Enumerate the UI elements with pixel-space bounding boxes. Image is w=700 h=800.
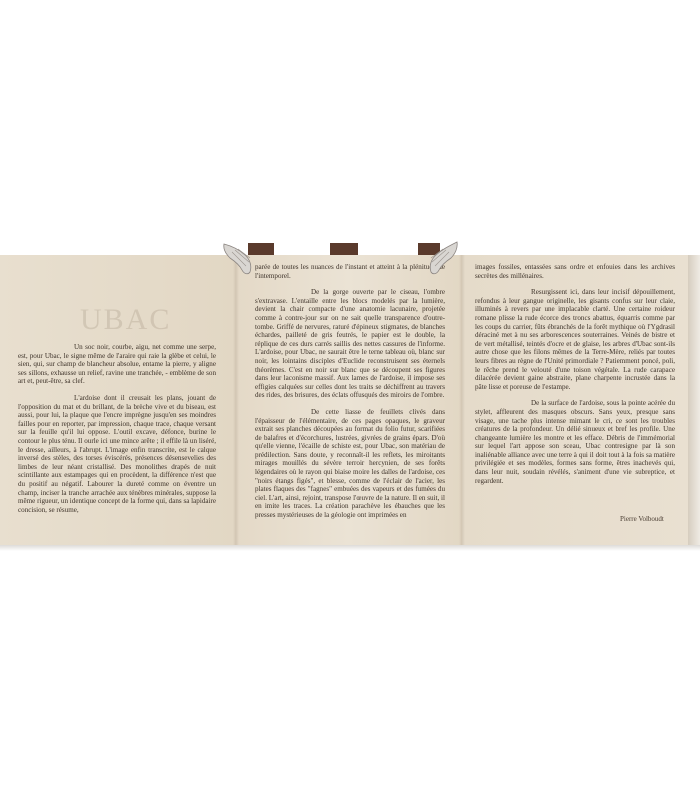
paragraph: De cette liasse de feuillets clivés dans… <box>255 408 445 520</box>
sheet-edge <box>688 255 700 545</box>
silver-hand-right-icon <box>425 240 459 276</box>
top-binding-strip-middle <box>330 243 358 255</box>
author-signature: Pierre Volboudt <box>620 515 664 523</box>
bottom-shadow <box>0 545 700 551</box>
fold-line <box>459 255 465 545</box>
paragraph: Resurgissent ici, dans leur incisif dépo… <box>475 288 675 391</box>
paragraph: De la gorge ouverte par le ciseau, l'omb… <box>255 288 445 400</box>
paragraph: L'ardoise dont il creusait les plans, jo… <box>18 394 216 514</box>
paragraph: parée de toutes les nuances de l'instant… <box>255 263 445 280</box>
fold-line <box>233 255 239 545</box>
paragraph: Un soc noir, courbe, aigu, net comme une… <box>18 343 216 386</box>
panel-left-text: Un soc noir, courbe, aigu, net comme une… <box>18 343 216 522</box>
panel-middle-text: parée de toutes les nuances de l'instant… <box>255 255 445 528</box>
ghost-title: UBAC <box>80 303 171 337</box>
panel-right-text: images fossiles, entassées sans ordre et… <box>475 255 675 493</box>
paragraph: images fossiles, entassées sans ordre et… <box>475 263 675 280</box>
silver-hand-left-icon <box>222 240 256 276</box>
paragraph: De la surface de l'ardoise, sous la poin… <box>475 399 675 485</box>
document-sheet: UBAC Un soc noir, courbe, aigu, net comm… <box>0 255 688 545</box>
